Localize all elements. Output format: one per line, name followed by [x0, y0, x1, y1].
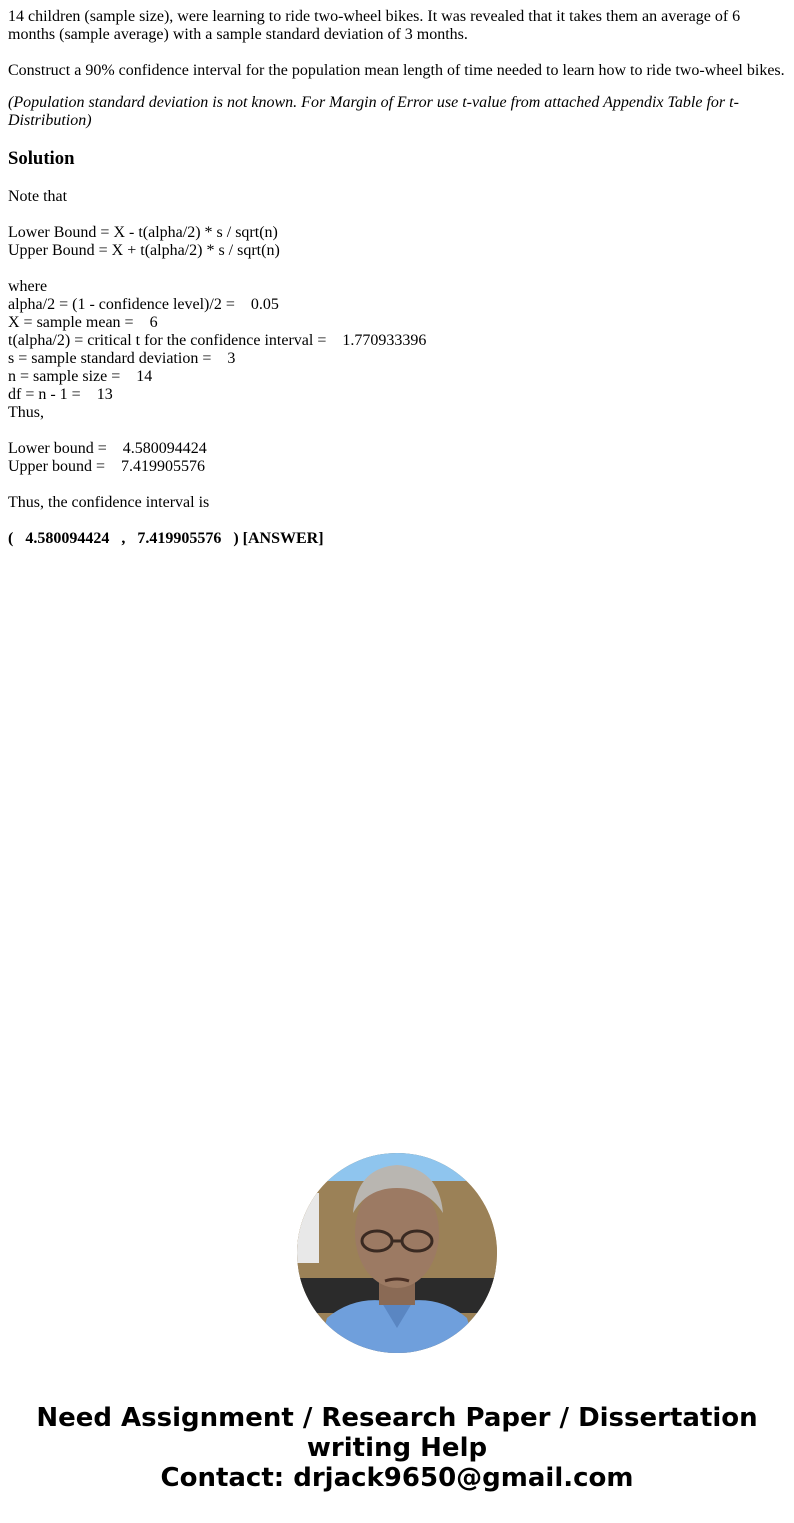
definition-sd: s = sample standard deviation = 3	[8, 350, 426, 368]
definition-mean: X = sample mean = 6	[8, 314, 426, 332]
question-task: Construct a 90% confidence interval for …	[8, 62, 785, 80]
contact-banner: Need Assignment / Research Paper / Disse…	[0, 1403, 794, 1493]
answer-lower: 4.580094424	[25, 530, 109, 547]
mean-value: 6	[150, 314, 158, 331]
definition-alpha: alpha/2 = (1 - confidence level)/2 = 0.0…	[8, 296, 426, 314]
final-answer: ( 4.580094424 , 7.419905576 ) [ANSWER]	[8, 530, 324, 548]
bounds-block: Lower bound = 4.580094424 Upper bound = …	[8, 440, 207, 476]
definition-n: n = sample size = 14	[8, 368, 426, 386]
question-paragraph: 14 children (sample size), were learning…	[8, 8, 788, 44]
conclusion-text: Thus, the confidence interval is	[8, 494, 209, 512]
df-value: 13	[97, 386, 113, 403]
solution-intro: Note that	[8, 188, 67, 206]
banner-line-1: Need Assignment / Research Paper / Disse…	[0, 1403, 794, 1433]
where-label: where	[8, 278, 426, 296]
critical-t-value: 1.770933396	[342, 332, 426, 349]
definition-critical-t: t(alpha/2) = critical t for the confiden…	[8, 332, 426, 350]
solution-heading: Solution	[8, 148, 74, 170]
upper-bound-result: Upper bound = 7.419905576	[8, 458, 207, 476]
upper-bound-formula: Upper Bound = X + t(alpha/2) * s / sqrt(…	[8, 242, 280, 260]
alpha-value: 0.05	[251, 296, 279, 313]
person-portrait-icon	[297, 1153, 497, 1353]
formula-block: Lower Bound = X - t(alpha/2) * s / sqrt(…	[8, 224, 280, 260]
banner-line-2: writing Help	[0, 1433, 794, 1463]
contact-email: Contact: drjack9650@gmail.com	[0, 1463, 794, 1493]
answer-upper: 7.419905576	[137, 530, 221, 547]
sd-value: 3	[227, 350, 235, 367]
lower-bound-value: 4.580094424	[123, 440, 207, 457]
thus-label: Thus,	[8, 404, 426, 422]
n-value: 14	[136, 368, 152, 385]
definition-df: df = n - 1 = 13	[8, 386, 426, 404]
question-note: (Population standard deviation is not kn…	[8, 94, 788, 130]
definitions-block: where alpha/2 = (1 - confidence level)/2…	[8, 278, 426, 422]
conclusion: Thus, the confidence interval is	[8, 494, 209, 512]
upper-bound-value: 7.419905576	[121, 458, 205, 475]
lower-bound-formula: Lower Bound = X - t(alpha/2) * s / sqrt(…	[8, 224, 280, 242]
lower-bound-result: Lower bound = 4.580094424	[8, 440, 207, 458]
author-avatar-photo	[297, 1153, 497, 1353]
note-that-text: Note that	[8, 188, 67, 206]
